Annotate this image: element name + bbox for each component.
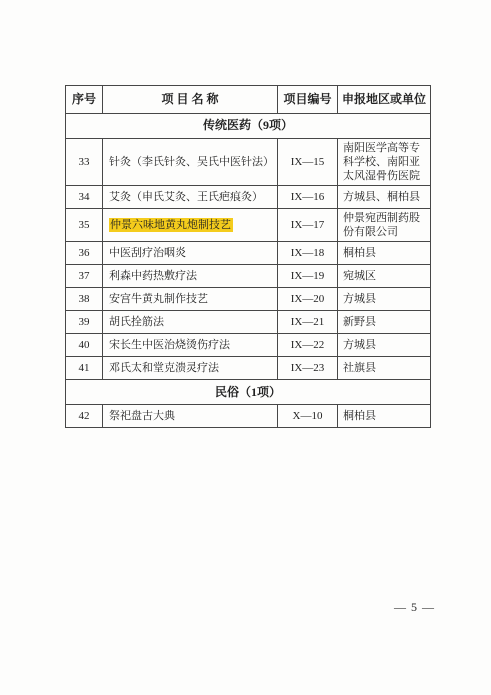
row-project-code: IX—15: [278, 139, 338, 186]
row-project-name: 祭祀盘古大典: [103, 405, 278, 428]
highlighted-project-name: 仲景六味地黄丸炮制技艺: [109, 218, 233, 232]
row-unit: 南阳医学高等专科学校、南阳亚太风湿骨伤医院: [338, 139, 431, 186]
row-index: 40: [66, 334, 103, 357]
row-project-name: 中医刮疗治咽炎: [103, 242, 278, 265]
table-row: 33针灸（李氏针灸、吴氏中医针法）IX—15南阳医学高等专科学校、南阳亚太风湿骨…: [66, 139, 431, 186]
row-index: 36: [66, 242, 103, 265]
table-row: 39胡氏拴筋法IX—21新野县: [66, 311, 431, 334]
row-project-name: 针灸（李氏针灸、吴氏中医针法）: [103, 139, 278, 186]
row-index: 33: [66, 139, 103, 186]
row-index: 42: [66, 405, 103, 428]
row-index: 35: [66, 209, 103, 242]
row-project-name: 安宫牛黄丸制作技艺: [103, 288, 278, 311]
row-project-code: IX—20: [278, 288, 338, 311]
row-project-name: 仲景六味地黄丸炮制技艺: [103, 209, 278, 242]
row-unit: 社旗县: [338, 357, 431, 380]
row-unit: 新野县: [338, 311, 431, 334]
page-number: — 5 —: [394, 600, 435, 615]
table-row: 34艾灸（申氏艾灸、王氏疤痕灸）IX—16方城县、桐柏县: [66, 186, 431, 209]
row-unit: 桐柏县: [338, 242, 431, 265]
row-project-code: IX—23: [278, 357, 338, 380]
row-project-code: IX—17: [278, 209, 338, 242]
table-row: 42祭祀盘古大典X—10桐柏县: [66, 405, 431, 428]
table-row: 40宋长生中医治烧烫伤疗法IX—22方城县: [66, 334, 431, 357]
col-header-code: 项目编号: [278, 86, 338, 114]
col-header-index: 序号: [66, 86, 103, 114]
row-unit: 宛城区: [338, 265, 431, 288]
row-index: 34: [66, 186, 103, 209]
row-project-code: IX—18: [278, 242, 338, 265]
col-header-unit: 申报地区或单位: [338, 86, 431, 114]
row-project-code: IX—19: [278, 265, 338, 288]
row-index: 41: [66, 357, 103, 380]
document-page: 序号 项 目 名 称 项目编号 申报地区或单位 传统医药（9项）33针灸（李氏针…: [0, 0, 491, 695]
section-header-row: 民俗（1项）: [66, 380, 431, 405]
section-title: 民俗（1项）: [66, 380, 431, 405]
row-unit: 方城县: [338, 288, 431, 311]
row-unit: 方城县、桐柏县: [338, 186, 431, 209]
row-project-name: 胡氏拴筋法: [103, 311, 278, 334]
section-header-row: 传统医药（9项）: [66, 114, 431, 139]
row-project-name: 邓氏太和堂克溃灵疗法: [103, 357, 278, 380]
row-project-name: 艾灸（申氏艾灸、王氏疤痕灸）: [103, 186, 278, 209]
row-unit: 方城县: [338, 334, 431, 357]
row-unit: 桐柏县: [338, 405, 431, 428]
table-row: 36中医刮疗治咽炎IX—18桐柏县: [66, 242, 431, 265]
row-project-name: 利森中药热敷疗法: [103, 265, 278, 288]
row-project-code: IX—21: [278, 311, 338, 334]
col-header-name: 项 目 名 称: [103, 86, 278, 114]
section-title: 传统医药（9项）: [66, 114, 431, 139]
table-row: 41邓氏太和堂克溃灵疗法IX—23社旗县: [66, 357, 431, 380]
row-unit: 仲景宛西制药股份有限公司: [338, 209, 431, 242]
row-project-name: 宋长生中医治烧烫伤疗法: [103, 334, 278, 357]
row-index: 38: [66, 288, 103, 311]
table-header-row: 序号 项 目 名 称 项目编号 申报地区或单位: [66, 86, 431, 114]
table-row: 35仲景六味地黄丸炮制技艺IX—17仲景宛西制药股份有限公司: [66, 209, 431, 242]
heritage-table: 序号 项 目 名 称 项目编号 申报地区或单位 传统医药（9项）33针灸（李氏针…: [65, 85, 431, 428]
row-project-code: IX—22: [278, 334, 338, 357]
table-row: 37利森中药热敷疗法IX—19宛城区: [66, 265, 431, 288]
row-index: 37: [66, 265, 103, 288]
row-index: 39: [66, 311, 103, 334]
row-project-code: X—10: [278, 405, 338, 428]
table-row: 38安宫牛黄丸制作技艺IX—20方城县: [66, 288, 431, 311]
table-body: 传统医药（9项）33针灸（李氏针灸、吴氏中医针法）IX—15南阳医学高等专科学校…: [66, 114, 431, 428]
row-project-code: IX—16: [278, 186, 338, 209]
